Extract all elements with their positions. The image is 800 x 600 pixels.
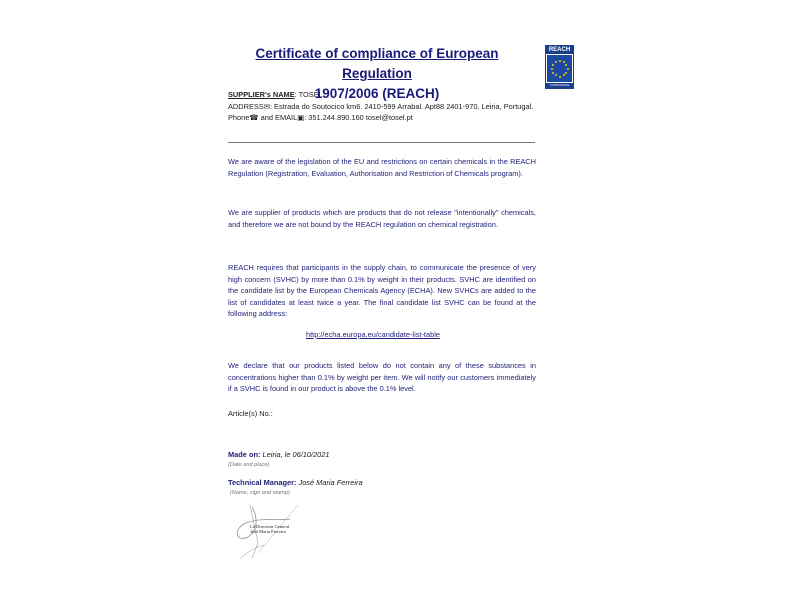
logo-footer: COMPLIANCE (546, 83, 573, 88)
paragraph-supplier-status: We are supplier of products which are pr… (228, 207, 536, 230)
supplier-name: SUPPLIER's NAME: TOSEL (228, 89, 536, 101)
logo-header: REACH (546, 46, 573, 54)
star-icon (552, 72, 554, 74)
star-icon (565, 64, 567, 66)
star-icon (563, 74, 565, 76)
echa-candidate-list-link[interactable]: http://echa.europa.eu/candidate-list-tab… (306, 330, 440, 339)
supplier-block: SUPPLIER's NAME: TOSEL ADDRESS✉: Estrada… (228, 89, 536, 124)
supplier-contact: Phone☎ and EMAIL▣: 351.244.890.160 tosel… (228, 112, 536, 124)
paragraph-awareness: We are aware of the legislation of the E… (228, 156, 536, 179)
star-icon (555, 61, 557, 63)
made-on-block: Made on: Leiria, le 06/10/2021 (Date and… (228, 449, 536, 469)
signature-stamp: Le Directeur General José Maria Ferreira (250, 524, 289, 535)
reach-compliance-logo: REACH COMPLIANCE (545, 45, 574, 89)
supplier-address: ADDRESS✉: Estrada do Soutocico km6. 2410… (228, 101, 536, 113)
paragraph-declaration: We declare that our products listed belo… (228, 360, 536, 395)
star-icon (551, 68, 553, 70)
telephone-icon: ☎ (249, 113, 258, 122)
title-line-1: Certificate of compliance of European Re… (222, 44, 532, 84)
divider (228, 142, 535, 143)
eu-stars-icon (547, 55, 572, 82)
star-icon (567, 68, 569, 70)
star-icon (552, 64, 554, 66)
star-icon (565, 72, 567, 74)
star-icon (559, 60, 561, 62)
signature: Le Directeur General José Maria Ferreira (228, 503, 338, 563)
made-on-hint: (Date and place) (228, 461, 536, 469)
star-icon (563, 61, 565, 63)
paragraph-svhc-requirements: REACH requires that participants in the … (228, 262, 536, 320)
star-icon (555, 74, 557, 76)
star-icon (559, 76, 561, 78)
manager-hint: (Name, sign and stamp) (228, 489, 536, 497)
articles-label: Article(s) No.: (228, 408, 536, 420)
technical-manager-block: Technical Manager: José Maria Ferreira (… (228, 477, 536, 497)
